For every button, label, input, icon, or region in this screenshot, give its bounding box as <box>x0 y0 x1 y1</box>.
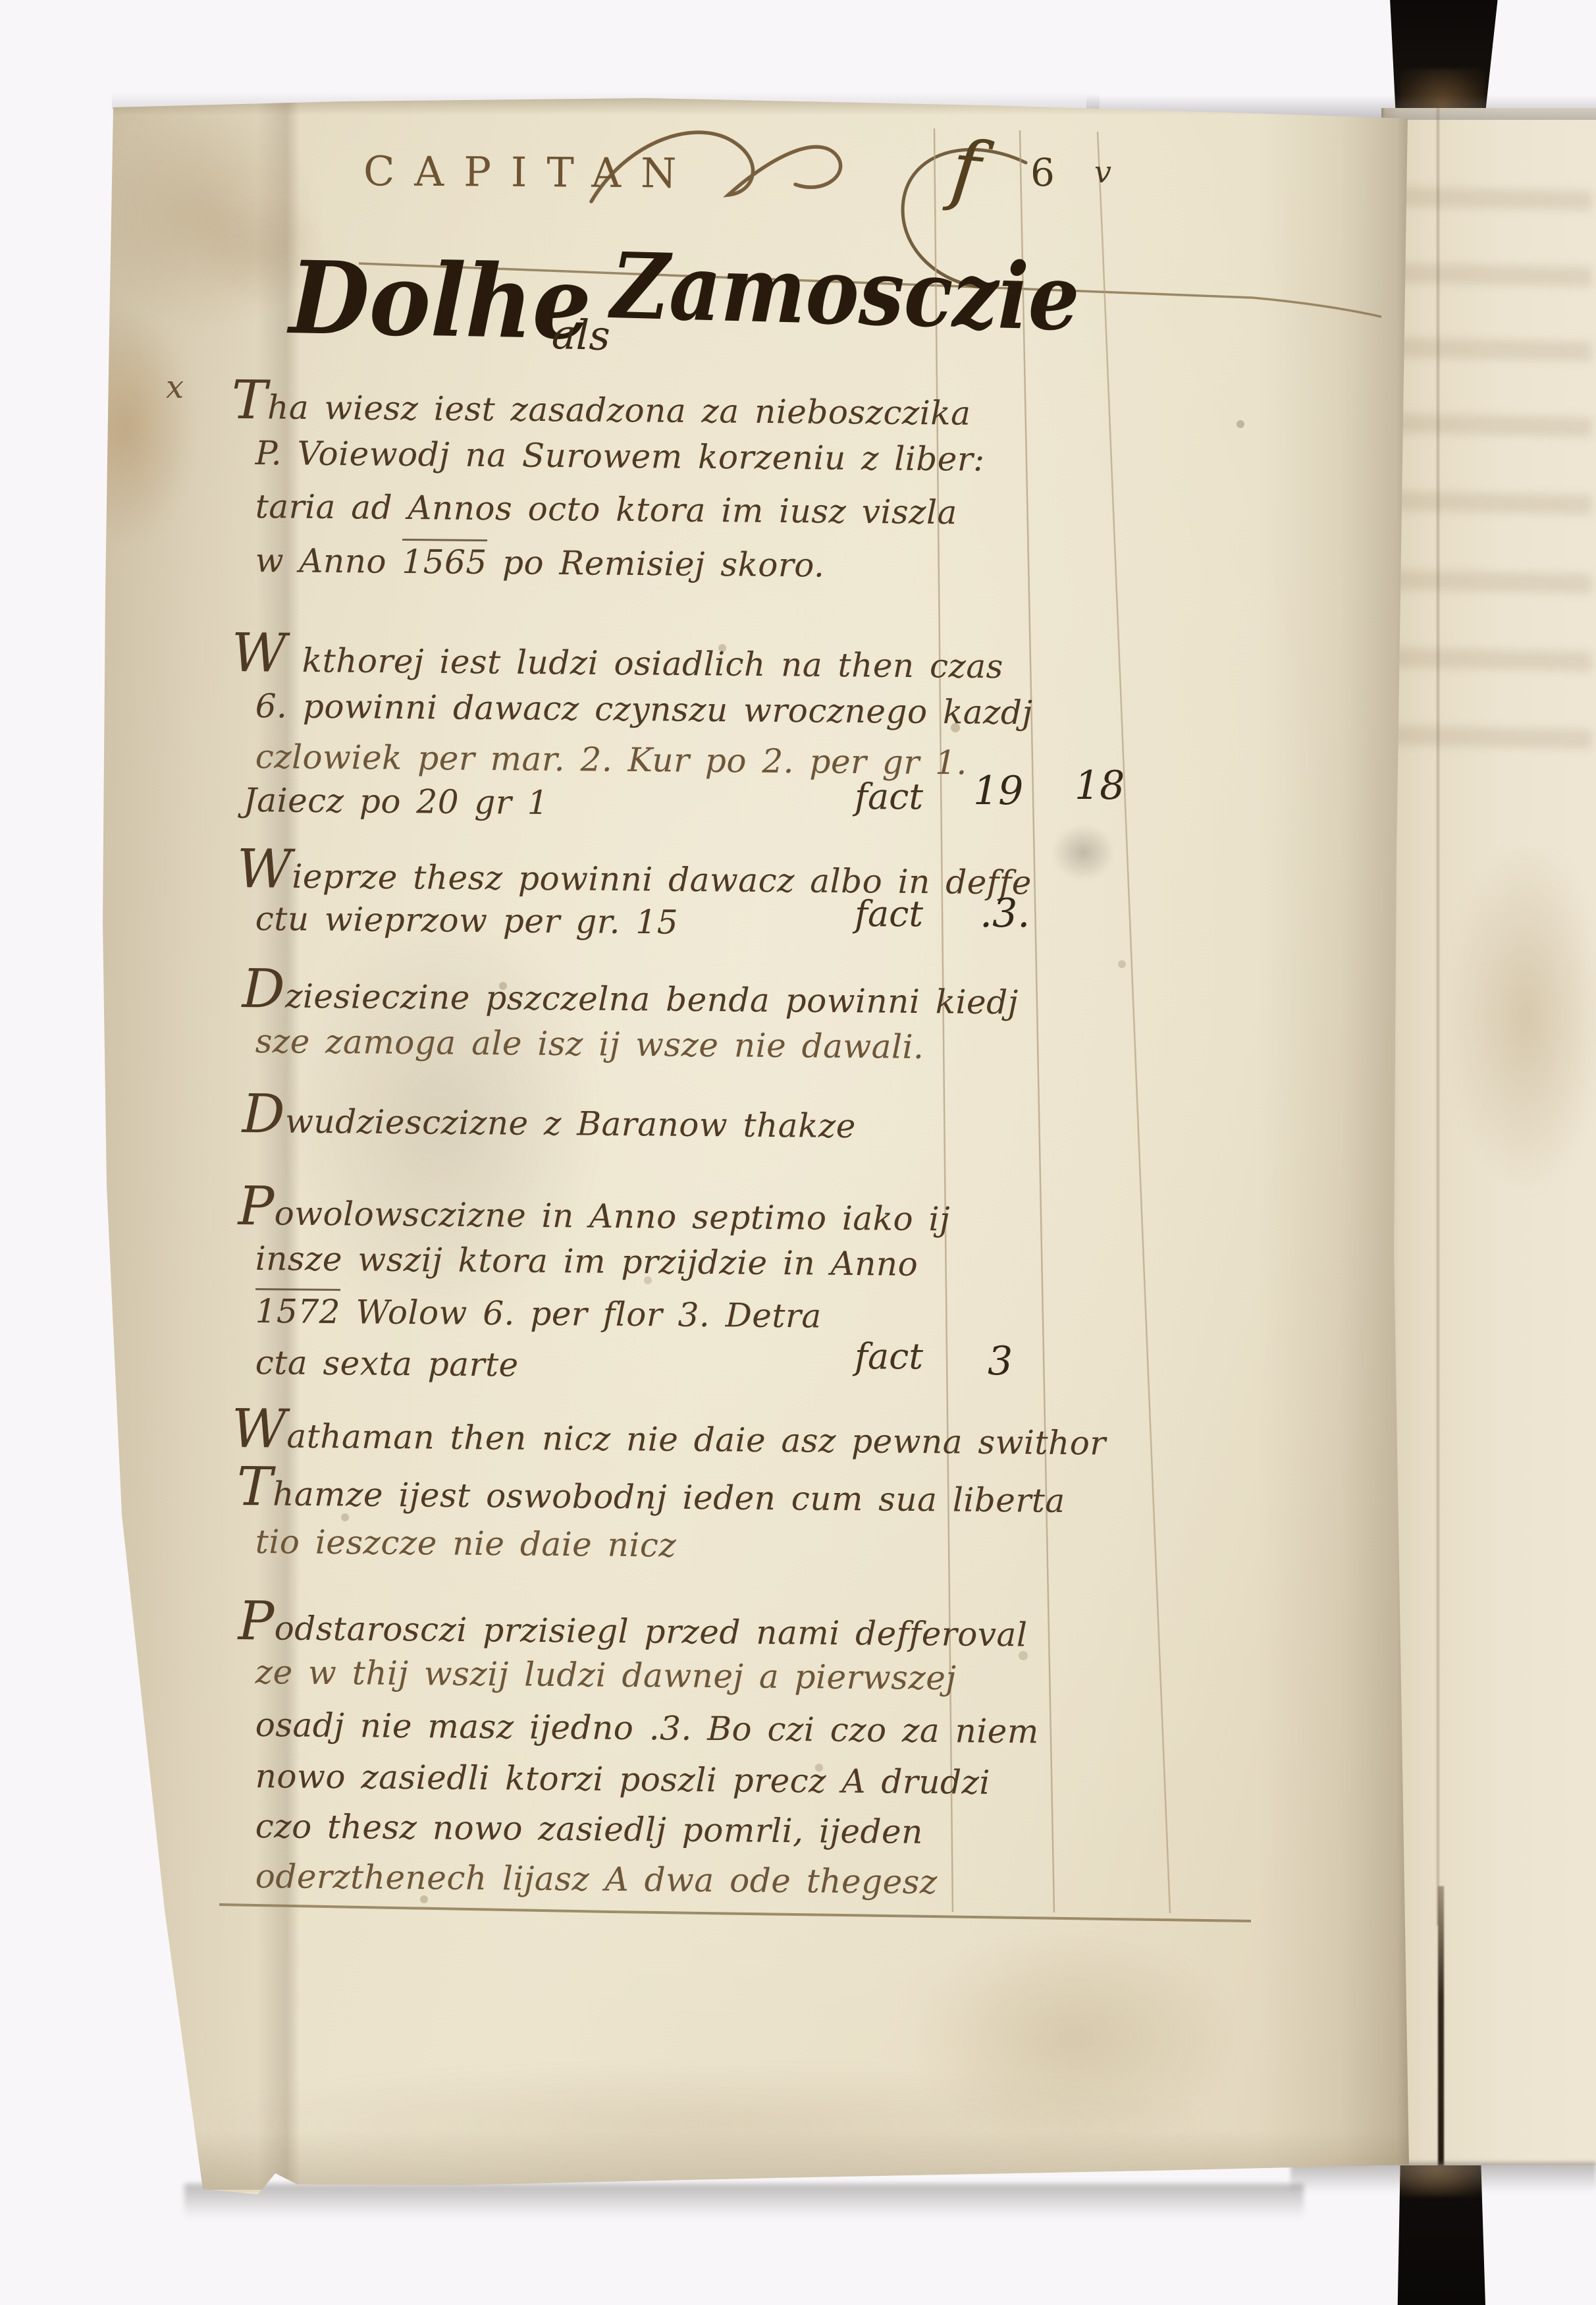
bookmark-ribbon-top <box>1387 0 1500 115</box>
facit-label: fact <box>855 1336 923 1377</box>
gutter-shadow-crack <box>1438 1886 1444 2165</box>
text-line: ze w thij wszij ludzi dawnej a pierwszej <box>255 1653 956 1697</box>
paper-stain <box>99 109 316 326</box>
text-line: Dziesieczine pszczelna benda powinni kie… <box>242 969 1019 1021</box>
text-line: w Anno 1565 po Remisiej skoro. <box>255 541 824 585</box>
paper-smudge <box>1052 825 1115 881</box>
text-line: taria ad Annos octo ktora im iusz viszla <box>255 487 957 531</box>
foxing-speckles <box>0 0 5 5</box>
text-line: Jaiecz po 20 gr 1 <box>243 781 548 822</box>
facit-label: fact <box>855 776 923 817</box>
amount-value: .3. <box>980 890 1030 936</box>
top-edge-shading <box>105 98 1409 115</box>
next-page-surface <box>1381 108 1596 2165</box>
text-line: P. Voiewodj na Surowem korzeniu z liber: <box>255 434 984 479</box>
text-line: sze zamoga ale isz ij wsze nie dawali. <box>255 1022 924 1066</box>
gutter-crease <box>1437 108 1439 1926</box>
text-run: Wolow 6. per flor 3. Detra <box>340 1293 822 1335</box>
text-line: 1572 Wolow 6. per flor 3. Detra <box>255 1292 821 1336</box>
ink-showthrough-line <box>1367 724 1593 749</box>
text-line: 6. powinni dawacz czynszu wrocznego kazd… <box>255 687 1032 732</box>
paper-stain <box>58 310 196 547</box>
folio-number: 6 <box>1030 150 1055 195</box>
paper-stain <box>909 1930 1238 2147</box>
text-line: Thamze ijest oswobodnj ieden cum sua lib… <box>236 1467 1065 1520</box>
manuscript-scan: { "palette":{ "background":"#f8f6f8","pa… <box>0 0 1596 2305</box>
page-edge-shadow <box>1290 2162 1596 2192</box>
ribbon-wear-patch <box>1400 68 1485 115</box>
bookmark-ribbon-bottom <box>1396 2162 1485 2305</box>
text-line: insze wszij ktora im przijdzie in Anno <box>255 1239 918 1284</box>
gutter-side-shading <box>1258 105 1409 2170</box>
text-line: oderzthenech lijasz A dwa ode thegesz <box>255 1857 937 1901</box>
overlined-year: 1565 <box>402 539 487 582</box>
overlined-year: 1572 <box>255 1288 340 1331</box>
text-line: nowo zasiedli ktorzi poszli precz A drud… <box>255 1757 990 1802</box>
text-line: W kthorej iest ludzi osiadlich na then c… <box>231 634 1003 686</box>
text-line: tio ieszcze nie daie nicz <box>255 1523 676 1565</box>
amount-value: 19 <box>973 768 1023 814</box>
facit-label: fact <box>855 893 923 935</box>
page-title-word: Dolhe <box>288 238 593 362</box>
text-line: Dwudziesczizne z Baranow thakze <box>242 1095 856 1145</box>
amount-value: 18 <box>1075 763 1125 809</box>
page-title-connector: als <box>551 310 611 360</box>
page-edge-shadow <box>184 2184 1304 2218</box>
bottom-edge-shading <box>165 2130 1412 2190</box>
folio-side: v <box>1094 154 1111 190</box>
paper-stain <box>1447 839 1596 1195</box>
text-line: Wathaman then nicz nie daie asz pewna sw… <box>231 1409 1106 1463</box>
text-run: w Anno <box>255 541 402 581</box>
text-line: cta sexta parte <box>255 1343 518 1384</box>
manuscript-page <box>0 0 1596 2305</box>
text-line: czo thesz nowo zasiedlj pomrli, ijeden <box>255 1807 923 1851</box>
text-line: Podstarosczi przisiegl przed nami deffer… <box>238 1602 1027 1654</box>
text-line: Tha wiesz iest zasadzona za nieboszczika <box>231 381 971 433</box>
text-line: Powolowsczizne in Anno septimo iako ij <box>238 1187 950 1238</box>
margin-mark: x <box>166 369 184 406</box>
text-line: osadj nie masz ijedno .3. Bo czi czo za … <box>255 1706 1039 1750</box>
text-line: ctu wieprzow per gr. 15 <box>255 900 678 942</box>
running-title: CAPITAN <box>363 147 697 198</box>
amount-value: 3 <box>988 1338 1013 1384</box>
paper-stain <box>211 2068 1198 2180</box>
text-run: po Remisiej skoro. <box>487 543 824 584</box>
page-title-word: Zamosczie <box>610 232 1081 352</box>
ribbon-smudge <box>1396 2162 1485 2196</box>
